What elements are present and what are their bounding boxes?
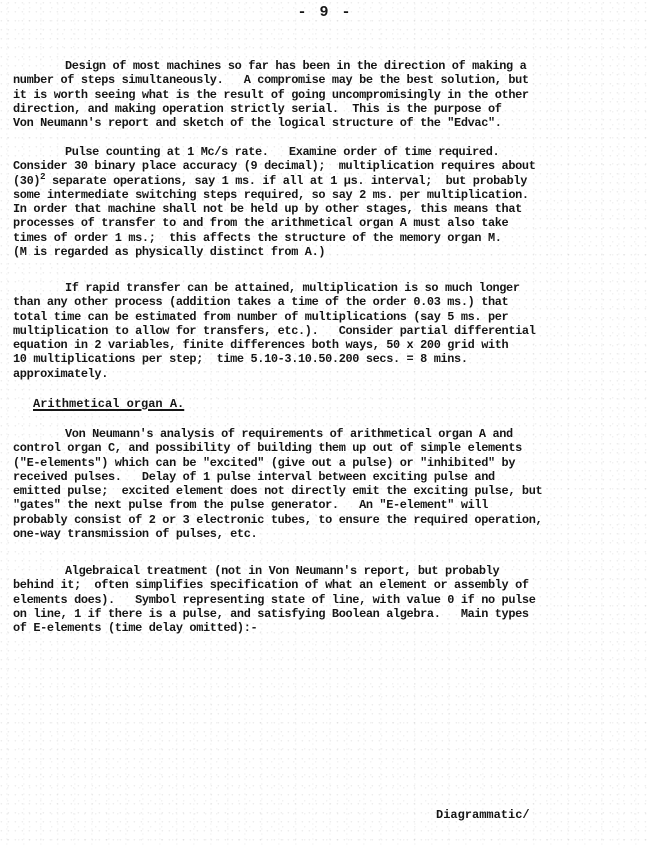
document-page: - 9 - Design of most machines so far has… (0, 0, 650, 845)
text-line: total time can be estimated from number … (13, 310, 633, 324)
text-line: emitted pulse; excited element does not … (13, 484, 633, 498)
catchword: Diagrammatic/ (436, 808, 530, 822)
section-heading: Arithmetical organ A. (33, 397, 184, 411)
text-line: number of steps simultaneously. A compro… (13, 73, 633, 87)
text-line: equation in 2 variables, finite differen… (13, 338, 633, 352)
text-line: 10 multiplications per step; time 5.10-3… (13, 352, 633, 366)
text-line-with-superscript: (30)2 separate operations, say 1 ms. if … (13, 174, 633, 188)
text-line: If rapid transfer can be attained, multi… (13, 281, 633, 295)
page-number: - 9 - (0, 4, 650, 21)
text-line: elements does). Symbol representing stat… (13, 593, 633, 607)
text-line: Von Neumann's analysis of requirements o… (13, 427, 633, 441)
text-line: (M is regarded as physically distinct fr… (13, 245, 633, 259)
text-line: processes of transfer to and from the ar… (13, 216, 633, 230)
text-line: probably consist of 2 or 3 electronic tu… (13, 513, 633, 527)
text-rest: separate operations, say 1 ms. if all at… (45, 174, 527, 188)
text-line: than any other process (addition takes a… (13, 295, 633, 309)
text-line: on line, 1 if there is a pulse, and sati… (13, 607, 633, 621)
paragraph-machine-design: Design of most machines so far has been … (13, 59, 633, 130)
text-line: Algebraical treatment (not in Von Neuman… (13, 564, 633, 578)
text-line: control organ C, and possibility of buil… (13, 441, 633, 455)
text-line: direction, and making operation strictly… (13, 102, 633, 116)
text-line: some intermediate switching steps requir… (13, 188, 633, 202)
text-line: approximately. (13, 367, 633, 381)
text-line: Consider 30 binary place accuracy (9 dec… (13, 159, 633, 173)
text-line: times of order 1 ms.; this affects the s… (13, 231, 633, 245)
text-line: multiplication to allow for transfers, e… (13, 324, 633, 338)
text-line: it is worth seeing what is the result of… (13, 88, 633, 102)
text-line: of E-elements (time delay omitted):- (13, 621, 633, 635)
base-text: (30) (13, 174, 40, 188)
text-line: one-way transmission of pulses, etc. (13, 527, 633, 541)
paragraph-pulse-counting: Pulse counting at 1 Mc/s rate. Examine o… (13, 145, 633, 259)
paragraph-algebraical-treatment: Algebraical treatment (not in Von Neuman… (13, 564, 633, 635)
text-line: "gates" the next pulse from the pulse ge… (13, 498, 633, 512)
text-line: Von Neumann's report and sketch of the l… (13, 116, 633, 130)
text-line: In order that machine shall not be held … (13, 202, 633, 216)
paragraph-von-neumann-analysis: Von Neumann's analysis of requirements o… (13, 427, 633, 541)
text-line: ("E-elements") which can be "excited" (g… (13, 456, 633, 470)
text-line: Pulse counting at 1 Mc/s rate. Examine o… (13, 145, 633, 159)
text-line: behind it; often simplifies specificatio… (13, 578, 633, 592)
text-line: received pulses. Delay of 1 pulse interv… (13, 470, 633, 484)
paragraph-rapid-transfer: If rapid transfer can be attained, multi… (13, 281, 633, 381)
text-line: Design of most machines so far has been … (13, 59, 633, 73)
